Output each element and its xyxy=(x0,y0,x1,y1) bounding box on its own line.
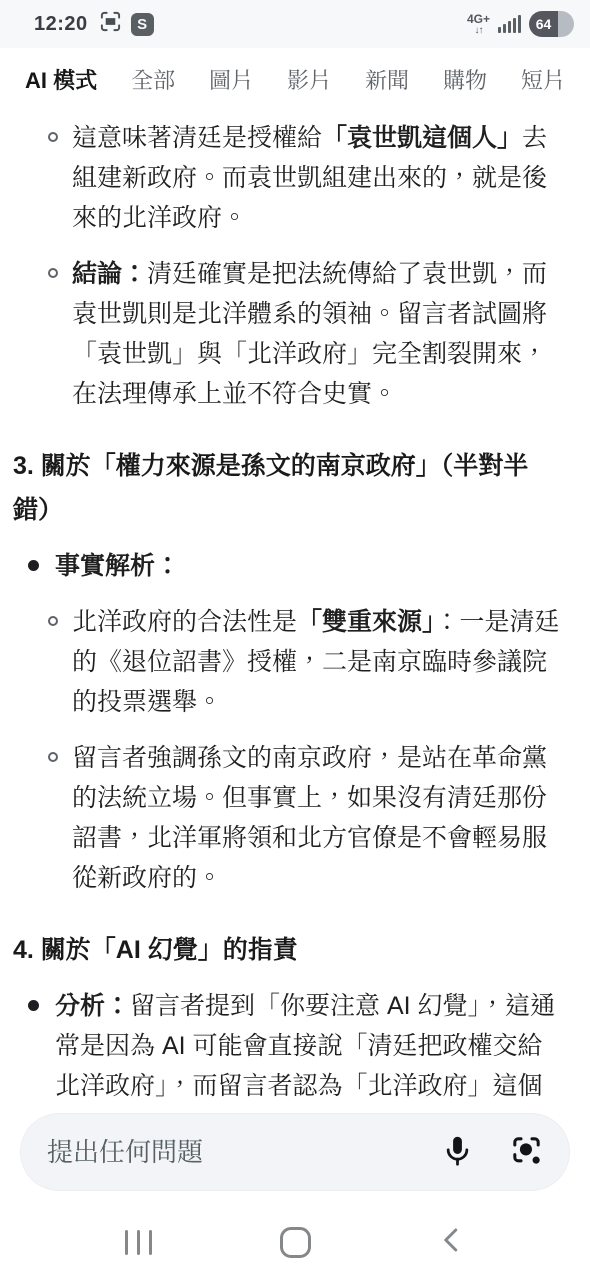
tab-short-videos[interactable]: 短片 xyxy=(521,64,565,95)
bullet-hollow-icon xyxy=(48,616,58,626)
status-bar: 12:20 S 4G+ ↓↑ 64 xyxy=(0,0,590,48)
list-item: 留言者強調孫文的南京政府，是站在革命黨的法統立場。但事實上，如果沒有清廷那份詔書… xyxy=(48,738,565,898)
list-item-text: 留言者強調孫文的南京政府，是站在革命黨的法統立場。但事實上，如果沒有清廷那份詔書… xyxy=(72,738,565,898)
list-item-text: 結論：清廷確實是把法統傳給了袁世凱，而袁世凱則是北洋體系的領袖。留言者試圖將「袁… xyxy=(72,254,565,414)
list-item: 分析：留言者提到「你要注意 AI 幻覺」，這通常是因為 AI 可能會直接說「清廷… xyxy=(28,986,565,1106)
shopee-app-icon: S xyxy=(131,13,154,36)
status-icons: 4G+ ↓↑ 64 xyxy=(467,11,574,37)
bullet-hollow-icon xyxy=(48,132,58,142)
list-item: 這意味著清廷是授權給「袁世凱這個人」去組建新政府。而袁世凱組建出來的，就是後來的… xyxy=(48,118,565,238)
navigation-bar xyxy=(0,1205,590,1280)
notification-icons: S xyxy=(99,10,467,38)
tab-ai-mode[interactable]: AI 模式 xyxy=(25,64,97,95)
bullet-hollow-icon xyxy=(48,752,58,762)
battery-percent: 64 xyxy=(529,11,558,37)
ask-input[interactable] xyxy=(47,1137,427,1168)
back-button[interactable] xyxy=(373,1225,530,1260)
ask-bar[interactable] xyxy=(20,1113,570,1191)
list-item-text: 分析：留言者提到「你要注意 AI 幻覺」，這通常是因為 AI 可能會直接說「清廷… xyxy=(55,986,565,1106)
content: 這意味著清廷是授權給「袁世凱這個人」去組建新政府。而袁世凱組建出來的，就是後來的… xyxy=(0,110,590,1122)
mic-button[interactable] xyxy=(441,1134,474,1170)
recents-button[interactable] xyxy=(60,1230,217,1255)
tab-images[interactable]: 圖片 xyxy=(209,64,253,95)
clock: 12:20 xyxy=(34,13,88,36)
recents-icon xyxy=(125,1230,152,1255)
list-item: 北洋政府的合法性是「雙重來源」：一是清廷的《退位詔書》授權，二是南京臨時參議院的… xyxy=(48,602,565,722)
home-icon xyxy=(280,1227,311,1258)
back-icon xyxy=(437,1225,467,1260)
battery-indicator: 64 xyxy=(529,11,574,37)
list-item: 事實解析： xyxy=(28,546,565,586)
signal-strength-icon xyxy=(498,15,521,33)
tab-bar: AI 模式全部圖片影片新聞購物短片 xyxy=(0,48,590,110)
bullet-filled-icon xyxy=(28,560,39,571)
lens-button[interactable] xyxy=(510,1134,543,1170)
bullet-hollow-icon xyxy=(48,268,58,278)
list-item-text: 北洋政府的合法性是「雙重來源」：一是清廷的《退位詔書》授權，二是南京臨時參議院的… xyxy=(72,602,565,722)
tab-news[interactable]: 新聞 xyxy=(365,64,409,95)
microphone-icon xyxy=(441,1134,474,1170)
bullet-filled-icon xyxy=(28,1000,39,1011)
tab-videos[interactable]: 影片 xyxy=(287,64,331,95)
tab-shopping[interactable]: 購物 xyxy=(443,64,487,95)
section-heading-6: 4. 關於「AI 幻覺」的指責 xyxy=(13,928,550,972)
list-item: 結論：清廷確實是把法統傳給了袁世凱，而袁世凱則是北洋體系的領袖。留言者試圖將「袁… xyxy=(48,254,565,414)
tab-all[interactable]: 全部 xyxy=(131,64,175,95)
section-heading-2: 3. 關於「權力來源是孫文的南京政府」（半對半錯） xyxy=(13,444,550,532)
battery-empty-segment xyxy=(558,11,574,37)
network-type-indicator: 4G+ ↓↑ xyxy=(467,13,490,36)
home-button[interactable] xyxy=(217,1227,374,1258)
screenshot-icon xyxy=(99,10,122,38)
list-item-text: 事實解析： xyxy=(55,546,180,586)
google-lens-icon xyxy=(510,1134,543,1170)
list-item-text: 這意味著清廷是授權給「袁世凱這個人」去組建新政府。而袁世凱組建出來的，就是後來的… xyxy=(72,118,565,238)
